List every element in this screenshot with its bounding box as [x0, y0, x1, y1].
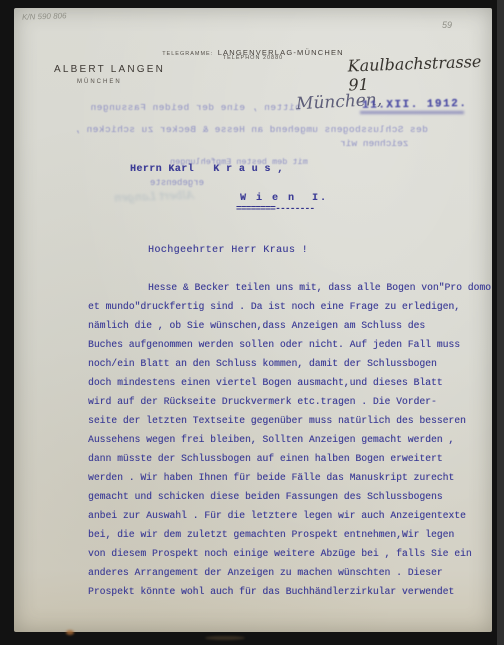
body-line: Aussehens wegen frei bleiben, Sollten An…	[88, 430, 473, 449]
archive-mark-top-left: K/N 590 806	[22, 11, 67, 22]
ink-offset-line-1: bitten , eine der beiden Fassungen	[90, 102, 301, 113]
recipient-underline: ========--------	[236, 204, 314, 214]
letter-paper: K/N 590 806 59 TELEGRAMME: LANGENVERLAG-…	[14, 8, 492, 632]
body-line: doch mindestens einen viertel Bogen ausm…	[88, 373, 473, 392]
body-line: noch/ein Blatt an den Schluss kommen, da…	[88, 354, 473, 373]
body-line: Buches aufgenommen werden sollen oder ni…	[88, 335, 473, 354]
body-line: von diesem Prospekt noch einige weitere …	[88, 544, 473, 563]
body-line: Prospekt könnte wohl auch für das Buchhä…	[88, 582, 473, 601]
archive-mark-page-number: 59	[442, 20, 452, 30]
body-line: wird auf der Rückseite Druckvermerk etc.…	[88, 392, 473, 411]
ink-offset-line-3: zeichnen wir	[340, 138, 408, 149]
body-line: anderes Arrangement der Anzeigen zu mach…	[88, 563, 473, 582]
scan-artifact-smudge	[205, 636, 245, 640]
date-ink-smear	[360, 111, 464, 114]
scan-artifact-speck	[66, 630, 74, 635]
ink-offset-line-5: ergebenste	[150, 178, 204, 188]
salutation: Hochgeehrter Herr Kraus !	[148, 245, 308, 256]
sender-city: MÜNCHEN	[77, 79, 122, 85]
sender-name: ALBERT LANGEN	[54, 64, 165, 75]
recipient-city: W i e n I.	[240, 193, 328, 204]
letter-body: Hesse & Becker teilen uns mit, dass alle…	[88, 278, 473, 601]
body-line: anbei zur Auswahl . Für die letztere leg…	[88, 506, 473, 525]
signature-ghost: Albert Langen	[114, 189, 194, 205]
body-line: Hesse & Becker teilen uns mit, dass alle…	[88, 278, 473, 297]
body-line: werden . Wir haben Ihnen für beide Fälle…	[88, 468, 473, 487]
body-line: dann müsste der Schlussbogen auf einen h…	[88, 449, 473, 468]
letterhead-street: Kaulbachstrasse 91	[347, 51, 492, 94]
scanned-letter-page: K/N 590 806 59 TELEGRAMME: LANGENVERLAG-…	[0, 0, 504, 645]
date-typed: 11.XII. 1912.	[362, 98, 468, 112]
recipient-name: Herrn Karl K r a u s ,	[130, 164, 284, 175]
ink-offset-line-2: des Schlussbogens umgehend an Hesse & Be…	[74, 124, 428, 135]
body-line: gemacht und schicken diese beiden Fassun…	[88, 487, 473, 506]
body-line: et mundo"druckfertig sind . Da ist noch …	[88, 297, 473, 316]
scan-edge-strip	[497, 0, 504, 645]
body-line: nämlich die , ob Sie wünschen,dass Anzei…	[88, 316, 473, 335]
body-line: seite der letzten Textseite gegenüber mu…	[88, 411, 473, 430]
body-line: bei, die wir dem zuletzt gemachten Prosp…	[88, 525, 473, 544]
